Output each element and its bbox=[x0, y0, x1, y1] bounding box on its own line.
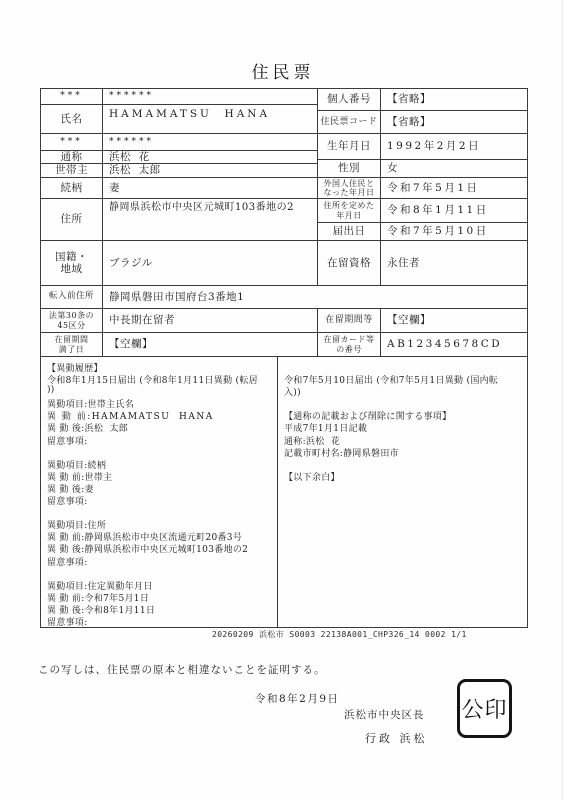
sex-label: 性別 bbox=[318, 160, 381, 178]
residence-period-expiry-value: 【空欄】 bbox=[103, 333, 318, 356]
residence-status-label: 在留資格 bbox=[318, 241, 381, 286]
history-line: 留意事項: bbox=[47, 434, 271, 446]
name-furigana-stars-label: *** bbox=[41, 89, 103, 105]
history-line: 記載市町村名:静岡県磐田市 bbox=[284, 446, 521, 458]
history-line: 異動項目:続柄 bbox=[47, 458, 271, 470]
residence-period-expiry-label: 在留期間 満了日 bbox=[41, 333, 103, 356]
history-line: 異動項目:世帯主氏名 bbox=[47, 397, 271, 409]
resident-record-table: *** ****** 氏名 HAMAMATSU HANA *** ****** … bbox=[40, 88, 528, 357]
address-fixed-date-label: 住所を定めた 年月日 bbox=[318, 199, 381, 223]
document-title: 住民票 bbox=[0, 58, 566, 83]
notified-date-value: 令和7年5月10日 bbox=[381, 223, 527, 241]
official-seal: 公印 bbox=[457, 679, 512, 738]
history-line bbox=[284, 361, 521, 373]
residence-period-value: 【空欄】 bbox=[381, 309, 527, 333]
print-serial-number: 20260209 浜松市 S0003 22138A001_CHP326_14 0… bbox=[212, 629, 467, 640]
issuer-name: 行政 浜松 bbox=[365, 730, 428, 746]
history-line: 平成7年1月1日記載 bbox=[284, 421, 521, 433]
alias-furigana-stars-label: *** bbox=[41, 134, 103, 151]
history-line: 異 動 前:世帯主 bbox=[47, 470, 271, 482]
nationality-label: 国籍・ 地域 bbox=[41, 241, 103, 286]
history-line bbox=[47, 506, 271, 518]
history-line bbox=[284, 458, 521, 470]
personal-number-value: 【省略】 bbox=[381, 89, 527, 111]
previous-address-label: 転入前住所 bbox=[41, 286, 103, 309]
history-line bbox=[284, 397, 521, 409]
name-label: 氏名 bbox=[41, 105, 103, 134]
history-line: 留意事項: bbox=[47, 494, 271, 506]
law-article-30-45-value: 中長期在留者 bbox=[103, 309, 318, 333]
residence-status-value: 永住者 bbox=[381, 241, 527, 286]
notified-date-label: 届出日 bbox=[318, 223, 381, 241]
change-history-left-column: 【異動履歴】 令和8年1月15日届出 (令和8年1月11日異動 (転居 )) 異… bbox=[41, 357, 278, 627]
name-value: HAMAMATSU HANA bbox=[103, 105, 318, 134]
history-line: 異 動 後:令和8年1月11日 bbox=[47, 603, 271, 615]
history-line: )) bbox=[47, 385, 271, 397]
address-label: 住所 bbox=[41, 199, 103, 241]
birth-date-value: 1992年2月2日 bbox=[381, 134, 527, 160]
history-line: 入)) bbox=[284, 385, 521, 397]
alias-record-section-header: 【通称の記載および削除に関する事項】 bbox=[284, 409, 521, 421]
change-history-box: 【異動履歴】 令和8年1月15日届出 (令和8年1月11日異動 (転居 )) 異… bbox=[40, 357, 528, 628]
resident-code-value: 【省略】 bbox=[381, 111, 527, 134]
residence-card-no-label: 在留カード等 の番号 bbox=[318, 333, 381, 356]
resident-code-label: 住民票コード bbox=[318, 111, 381, 134]
scan-edge-shadow bbox=[562, 0, 563, 800]
juminhyo-document: 住民票 *** ****** 氏名 HAMAMATSU HANA *** ***… bbox=[0, 0, 566, 800]
history-line: 留意事項: bbox=[47, 555, 271, 567]
householder-label: 世帯主 bbox=[41, 164, 103, 178]
history-line: 異 動 後:妻 bbox=[47, 482, 271, 494]
history-line: 異 動 前:静岡県浜松市中央区流通元町20番3号 bbox=[47, 530, 271, 542]
nationality-value: ブラジル bbox=[103, 241, 318, 286]
address-value: 静岡県浜松市中央区元城町103番地の2 bbox=[103, 199, 318, 241]
history-line bbox=[47, 446, 271, 458]
history-line: 異 動 前:令和7年5月1日 bbox=[47, 591, 271, 603]
foreign-resident-since-value: 令和7年5月1日 bbox=[381, 178, 527, 199]
history-line: 令和7年5月10日届出 (令和7年5月1日異動 (国内転 bbox=[284, 373, 521, 385]
issuer-title: 浜松市中央区長 bbox=[344, 707, 425, 722]
issue-date: 令和8年2月9日 bbox=[255, 691, 340, 706]
relationship-label: 続柄 bbox=[41, 178, 103, 199]
certification-statement: この写しは、住民票の原本と相違ないことを証明する。 bbox=[38, 662, 326, 677]
name-furigana-stars-value: ****** bbox=[103, 89, 318, 105]
address-fixed-date-value: 令和8年1月11日 bbox=[381, 199, 527, 223]
history-line: 異動項目:住定異動年月日 bbox=[47, 579, 271, 591]
sex-value: 女 bbox=[381, 160, 527, 178]
history-line: 異 動 後:浜松 太郎 bbox=[47, 421, 271, 433]
residence-card-no-value: AB12345678CD bbox=[381, 333, 527, 356]
history-section-header: 【異動履歴】 bbox=[47, 361, 271, 373]
alias-label: 通称 bbox=[41, 151, 103, 164]
personal-number-label: 個人番号 bbox=[318, 89, 381, 111]
history-line: 異 動 後:静岡県浜松市中央区元城町103番地の2 bbox=[47, 542, 271, 554]
alias-furigana-stars-value: ****** bbox=[103, 134, 318, 151]
history-line bbox=[47, 567, 271, 579]
history-line: 通称:浜松 花 bbox=[284, 434, 521, 446]
alias-value: 浜松 花 bbox=[103, 151, 318, 164]
residence-period-label: 在留期間等 bbox=[318, 309, 381, 333]
relationship-value: 妻 bbox=[103, 178, 318, 199]
remainder-blank-note: 【以下余白】 bbox=[284, 470, 521, 482]
history-line: 異動項目:住所 bbox=[47, 518, 271, 530]
history-line: 留意事項: bbox=[47, 615, 271, 627]
householder-value: 浜松 太郎 bbox=[103, 164, 318, 178]
history-line: 令和8年1月15日届出 (令和8年1月11日異動 (転居 bbox=[47, 373, 271, 385]
law-article-30-45-label: 法第30条の 45区分 bbox=[41, 309, 103, 333]
previous-address-value: 静岡県磐田市国府台3番地1 bbox=[103, 286, 527, 309]
history-line: 異 動 前:HAMAMATSU HANA bbox=[47, 409, 271, 421]
birth-date-label: 生年月日 bbox=[318, 134, 381, 160]
foreign-resident-since-label: 外国人住民と なった年月日 bbox=[318, 178, 381, 199]
change-history-right-column: 令和7年5月10日届出 (令和7年5月1日異動 (国内転 入)) 【通称の記載お… bbox=[278, 357, 527, 627]
